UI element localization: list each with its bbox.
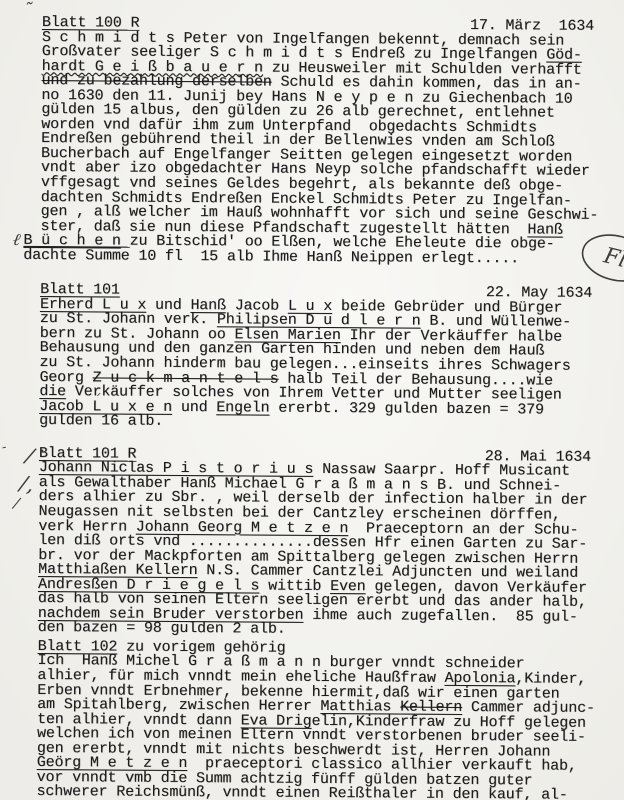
text-segment: Engeln: [216, 399, 269, 416]
corner-dash-mark: ˜: [23, 2, 34, 21]
document-body: Blatt 100 R17. März 1634S c h m i d t s …: [37, 16, 594, 800]
section-blatt-101: Blatt 10122. May 1634Erherd L u x und Ha…: [39, 283, 592, 432]
text-segment: gulden 16 alb.: [39, 412, 163, 430]
text-segment: schwerer Reichsmünß, vnndt einen Reißtha…: [37, 783, 568, 800]
section-blatt-100r: Blatt 100 R17. März 1634S c h m i d t s …: [40, 16, 594, 267]
text-line: dachte Summe 10 fl 15 alb Ihme Hanß Neip…: [23, 249, 592, 268]
circled-initials-text: Fl: [600, 243, 624, 273]
margin-dash-mark: -: [1, 441, 8, 455]
scanned-document-page: Blatt 100 R17. März 1634S c h m i d t s …: [0, 0, 624, 800]
text-line: schwerer Reichsmünß, vnndt einen Reißtha…: [37, 785, 589, 800]
section-blatt-101r: Blatt 101 R28. Mai 1634Johann Niclas P i…: [38, 447, 591, 640]
margin-slash-mark-2: ∕,: [18, 473, 35, 496]
section-blatt-102: Blatt 102 zu vorigem gehörigIch Hanß Mic…: [37, 640, 590, 800]
text-segment: den bazen = 98 gulden 2 alb.: [38, 619, 286, 638]
text-segment: ihme auch zugefallen. 85 gul-: [303, 607, 578, 626]
text-segment: dachte Summe: [23, 247, 129, 265]
text-segment: 10 fl 15 alb Ihme Hanß Neippen erlegt...…: [129, 247, 519, 267]
text-segment: ererbt. 329 gulden bazen = 379: [269, 399, 544, 418]
text-segment: und: [172, 399, 216, 416]
margin-slash-mark-3: ∕: [12, 496, 20, 512]
pencil-loop-mark: ℓ: [12, 232, 22, 250]
